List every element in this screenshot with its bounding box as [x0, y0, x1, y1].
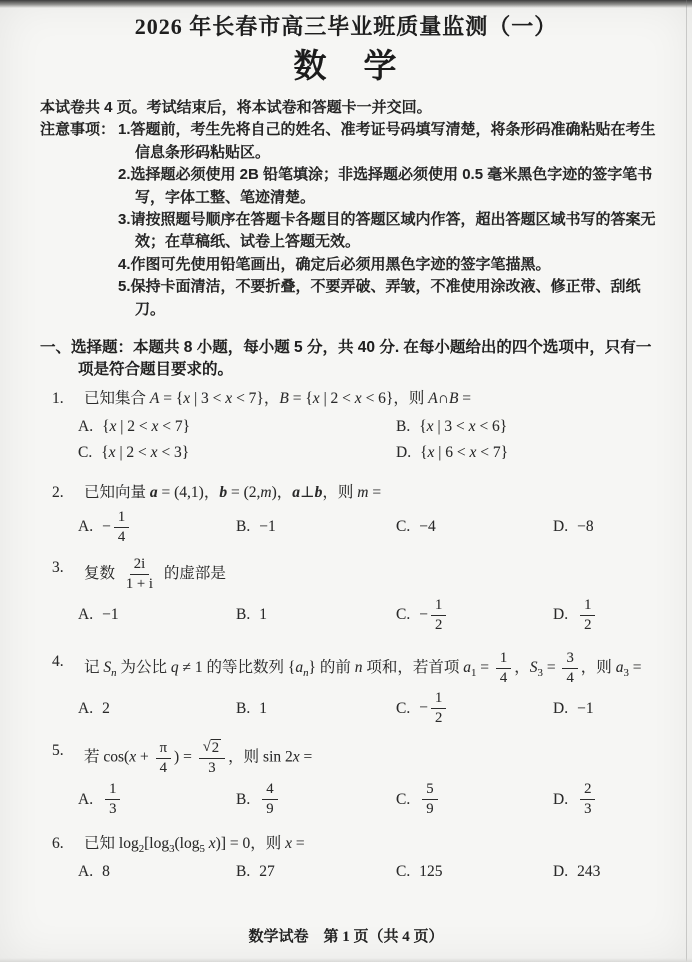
text-run: 为公比 — [117, 659, 171, 676]
text-run: −1 — [102, 606, 119, 623]
question-line: 1.已知集合 A = {x | 3 < x < 7}，B = {x | 2 < … — [52, 387, 672, 411]
question-number: 4. — [52, 650, 84, 674]
text-run: 若 — [84, 749, 103, 766]
fraction: 12 — [431, 690, 446, 727]
text-run: 复数 — [84, 565, 119, 582]
option-label: D. — [553, 860, 568, 884]
options: A.8B.27C.125D.243 — [78, 860, 672, 884]
text-run: )] = 0 — [216, 835, 251, 852]
option: B.49 — [236, 781, 396, 818]
denominator: 9 — [422, 800, 437, 818]
intro-text: 本试卷共 4 页。考试结束后，将本试卷和答题卡一并交回。 — [40, 97, 666, 119]
option-content: −8 — [577, 515, 594, 539]
text-run: x — [313, 390, 320, 407]
page-footer: 数学试卷 第 1 页（共 4 页） — [0, 925, 692, 946]
text-run: = — [368, 484, 381, 501]
text-run: { — [420, 444, 427, 461]
question: 4.记 Sn 为公比 q ≠ 1 的等比数列 {an} 的前 n 项和，若首项 … — [52, 650, 672, 728]
option-label: C. — [396, 860, 410, 884]
radical-sign: √ — [203, 739, 211, 756]
option-content: 23 — [577, 781, 598, 818]
option-content: 243 — [577, 860, 600, 884]
text-run: x — [293, 749, 300, 766]
option-content: −1 — [259, 515, 276, 539]
question-list: 1.已知集合 A = {x | 3 < x < 7}，B = {x | 2 < … — [52, 387, 672, 884]
question-number: 6. — [52, 832, 84, 856]
numerator: π — [156, 740, 171, 759]
text-run: A — [428, 390, 437, 407]
option-content: 125 — [419, 860, 442, 884]
option: B.27 — [236, 860, 396, 884]
text-run: < 7} — [158, 418, 190, 435]
options: A.13B.49C.59D.23 — [78, 781, 672, 818]
option-content: 2 — [102, 697, 110, 721]
text-run: x — [285, 835, 292, 852]
text-run: x — [151, 444, 158, 461]
text-run: 1 — [259, 606, 267, 623]
option: C.−12 — [396, 690, 553, 727]
numerator: 1 — [105, 781, 120, 800]
text-run: − — [419, 606, 428, 623]
scan-right-edge — [686, 0, 687, 962]
option-label: B. — [396, 415, 410, 439]
notice-items: 1.答题前，考生先将自己的姓名、准考证号码填写清楚，将条形码准确粘贴在考生信息条… — [118, 119, 666, 321]
notice-label: 注意事项： — [40, 119, 118, 321]
option: A.−14 — [78, 509, 236, 546]
text-run: S — [530, 659, 538, 676]
subject-title: 数 学 — [0, 45, 692, 89]
text-run: ， — [264, 390, 280, 407]
text-run: 3 — [566, 650, 573, 666]
text-run: { — [102, 418, 109, 435]
option-content: {x | 6 < x < 7} — [420, 441, 508, 465]
option-label: C. — [396, 603, 410, 627]
text-run: x — [209, 835, 216, 852]
text-run: ) = — [174, 749, 196, 766]
text-run: 3 — [584, 801, 591, 817]
option-content: 49 — [259, 781, 280, 818]
text-run: ，则 — [228, 749, 263, 766]
text-run: π — [160, 740, 167, 756]
text-run: −4 — [419, 518, 436, 535]
option-content: 59 — [419, 781, 440, 818]
text-run: S — [103, 659, 111, 676]
text-run: cos( — [103, 749, 129, 766]
question-stem: 若 cos(x + π4) = √23，则 sin 2x = — [84, 739, 672, 777]
option: D.{x | 6 < x < 7} — [396, 441, 672, 465]
text-run: 的等比数列 — [203, 659, 288, 676]
option-content: {x | 3 < x < 6} — [419, 415, 507, 439]
denominator: 3 — [204, 759, 219, 777]
denominator: 4 — [114, 528, 129, 546]
question-stem: 记 Sn 为公比 q ≠ 1 的等比数列 {an} 的前 n 项和，若首项 a1… — [84, 650, 672, 687]
text-run: b — [219, 484, 227, 501]
text-run: −1 — [577, 700, 594, 717]
text-run: ≠ 1 — [179, 659, 203, 676]
notice-item: 5.保持卡面清洁，不要折叠，不要弄破、弄皱，不准使用涂改液、修正带、刮纸刀。 — [118, 276, 666, 321]
fraction: 2i1 + i — [122, 556, 157, 593]
text-run: 2 — [584, 617, 591, 633]
option: D.12 — [553, 597, 672, 634]
question: 3.复数 2i1 + i 的虚部是A.−1B.1C.−12D.12 — [52, 556, 672, 634]
fraction: 12 — [431, 597, 446, 634]
text-run: = { — [159, 390, 183, 407]
text-run: | 3 < — [190, 390, 225, 407]
text-run: 4 — [500, 670, 507, 686]
text-run: = — [629, 659, 642, 676]
text-run: { — [101, 444, 108, 461]
text-run: 9 — [426, 801, 433, 817]
numerator: 1 — [580, 597, 595, 616]
text-run: B — [449, 390, 458, 407]
question: 1.已知集合 A = {x | 3 < x < 7}，B = {x | 2 < … — [52, 387, 672, 465]
option: A.2 — [78, 690, 236, 727]
text-run: 2 — [584, 781, 591, 797]
denominator: 1 + i — [122, 575, 157, 593]
question-stem: 已知集合 A = {x | 3 < x < 7}，B = {x | 2 < x … — [84, 387, 672, 411]
option-content: 13 — [102, 781, 123, 818]
text-run: } — [308, 659, 315, 676]
question-stem: 已知向量 a = (4,1)，b = (2,m)，a⊥b，则 m = — [84, 481, 672, 505]
notice-item: 4.作图可先使用铅笔画出，确定后必须用黑色字迹的签字笔描黑。 — [118, 254, 666, 276]
question: 5.若 cos(x + π4) = √23，则 sin 2x =A.13B.49… — [52, 739, 672, 818]
numerator: 1 — [496, 650, 511, 669]
text-run: | 6 < — [434, 444, 469, 461]
fraction: 14 — [496, 650, 511, 687]
question: 2.已知向量 a = (4,1)，b = (2,m)，a⊥b，则 m =A.−1… — [52, 481, 672, 546]
text-run: a — [463, 659, 471, 676]
text-run: 125 — [419, 863, 442, 880]
notice-block: 注意事项： 1.答题前，考生先将自己的姓名、准考证号码填写清楚，将条形码准确粘贴… — [40, 119, 666, 321]
option: D.−8 — [553, 509, 672, 546]
text-run: ⊥ — [300, 484, 315, 501]
text-run: m — [260, 484, 271, 501]
section-heading: 一、选择题：本题共 8 小题，每小题 5 分，共 40 分. 在每小题给出的四个… — [40, 337, 666, 381]
exam-page: 2026 年长春市高三毕业班质量监测（一） 数 学 本试卷共 4 页。考试结束后… — [0, 0, 692, 962]
option-label: A. — [78, 515, 93, 539]
text-run: 3 — [109, 801, 116, 817]
question-line: 2.已知向量 a = (4,1)，b = (2,m)，a⊥b，则 m = — [52, 481, 672, 505]
option: C.125 — [396, 860, 553, 884]
text-run: a — [295, 659, 303, 676]
text-run: 1 — [109, 781, 116, 797]
text-run: − — [102, 518, 111, 535]
numerator: 1 — [431, 597, 446, 616]
text-run: sin 2 — [263, 749, 293, 766]
options: A.−1B.1C.−12D.12 — [78, 597, 672, 634]
option: C.59 — [396, 781, 553, 818]
text-run: x — [427, 418, 434, 435]
option-content: −1 — [102, 603, 119, 627]
option-label: A. — [78, 603, 93, 627]
question-number: 1. — [52, 387, 84, 411]
text-run: 4 — [160, 760, 167, 776]
numerator: 1 — [114, 509, 129, 528]
question-line: 4.记 Sn 为公比 q ≠ 1 的等比数列 {an} 的前 n 项和，若首项 … — [52, 650, 672, 687]
option-content: 1 — [259, 603, 267, 627]
text-run: log — [119, 835, 139, 852]
text-run: | 2 < — [116, 444, 151, 461]
text-run: = { — [289, 390, 313, 407]
option: D.243 — [553, 860, 672, 884]
text-run: = — [458, 390, 471, 407]
denominator: 4 — [156, 759, 171, 777]
option-label: D. — [553, 697, 568, 721]
denominator: 4 — [562, 669, 577, 687]
option: A.8 — [78, 860, 236, 884]
numerator: 5 — [422, 781, 437, 800]
text-run: 5 — [426, 781, 433, 797]
option: A.{x | 2 < x < 7} — [78, 415, 396, 439]
text-run: 1 — [435, 597, 442, 613]
option: A.−1 — [78, 597, 236, 634]
option: D.23 — [553, 781, 672, 818]
denominator: 2 — [431, 616, 446, 634]
option: C.−12 — [396, 597, 553, 634]
text-run: 1 + i — [126, 576, 153, 592]
options: A.2B.1C.−12D.−1 — [78, 690, 672, 727]
text-run: x — [355, 390, 362, 407]
text-run: < 3} — [158, 444, 190, 461]
option-label: D. — [553, 788, 568, 812]
numerator: 2i — [130, 556, 149, 575]
scan-top-edge — [0, 0, 692, 8]
option-label: C. — [78, 441, 92, 465]
fraction: √23 — [199, 739, 225, 777]
text-run: x — [109, 444, 116, 461]
numerator: 2 — [580, 781, 595, 800]
option-label: D. — [553, 515, 568, 539]
text-run: 243 — [577, 863, 600, 880]
text-run: ，则 — [393, 390, 428, 407]
question-number: 5. — [52, 739, 84, 763]
text-run: ， — [277, 484, 293, 501]
text-run: − — [419, 699, 428, 716]
text-run: 1 — [118, 509, 125, 525]
options: A.−14B.−1C.−4D.−8 — [78, 509, 672, 546]
notice-item: 1.答题前，考生先将自己的姓名、准考证号码填写清楚，将条形码准确粘贴在考生信息条… — [118, 119, 666, 164]
option-label: B. — [236, 697, 250, 721]
text-run: 记 — [84, 659, 103, 676]
text-run: 1 — [584, 597, 591, 613]
question-stem: 已知 log2[log3(log5 x)] = 0，则 x = — [84, 832, 672, 856]
option-label: D. — [553, 603, 568, 627]
text-run: ，则 — [322, 484, 357, 501]
text-run: < 6} — [476, 418, 508, 435]
fraction: 59 — [422, 781, 437, 818]
option: B.1 — [236, 597, 396, 634]
text-run: 4 — [118, 529, 125, 545]
text-run: 已知向量 — [84, 484, 150, 501]
text-run: 2 — [435, 617, 442, 633]
text-run: + — [136, 749, 153, 766]
option-label: C. — [396, 788, 410, 812]
option-label: C. — [396, 515, 410, 539]
option-content: −12 — [419, 597, 449, 634]
option-content: −12 — [419, 690, 449, 727]
option-label: A. — [78, 697, 93, 721]
text-run: 2 — [435, 710, 442, 726]
denominator: 2 — [580, 616, 595, 634]
text-run: 27 — [259, 863, 275, 880]
text-run: 8 — [102, 863, 110, 880]
text-run: < 7} — [476, 444, 508, 461]
text-run: ， — [204, 484, 220, 501]
notice-item: 2.选择题必须使用 2B 铅笔填涂；非选择题必须使用 0.5 毫米黑色字迹的签字… — [118, 164, 666, 209]
text-run: 项和，若首项 — [362, 659, 463, 676]
text-run: q — [171, 659, 179, 676]
text-run: A — [150, 390, 159, 407]
option-label: D. — [396, 441, 411, 465]
text-run: −1 — [259, 518, 276, 535]
fraction: 12 — [580, 597, 595, 634]
option-label: C. — [396, 697, 410, 721]
question-line: 3.复数 2i1 + i 的虚部是 — [52, 556, 672, 593]
scan-bottom-edge — [0, 958, 692, 962]
text-run: 已知 — [84, 835, 119, 852]
option: B.{x | 3 < x < 6} — [396, 415, 672, 439]
denominator: 4 — [496, 669, 511, 687]
text-run: ∩ — [438, 390, 449, 407]
option-label: B. — [236, 515, 250, 539]
radicand: 2 — [211, 739, 221, 757]
text-run: 3 — [208, 760, 215, 776]
text-run: a — [292, 484, 300, 501]
text-run: = — [476, 659, 493, 676]
option-label: A. — [78, 860, 93, 884]
text-run: { — [419, 418, 426, 435]
option-content: 1 — [259, 697, 267, 721]
numerator: √2 — [199, 739, 225, 759]
question-line: 6.已知 log2[log3(log5 x)] = 0，则 x = — [52, 832, 672, 856]
text-run: = — [292, 835, 305, 852]
question-number: 2. — [52, 481, 84, 505]
text-run: 9 — [266, 801, 273, 817]
option-label: B. — [236, 860, 250, 884]
numerator: 1 — [431, 690, 446, 709]
fraction: 34 — [562, 650, 577, 687]
denominator: 2 — [431, 709, 446, 727]
text-run: 2i — [134, 556, 145, 572]
text-run: 已知集合 — [84, 390, 150, 407]
text-run: m — [357, 484, 368, 501]
option-content: −4 — [419, 515, 436, 539]
fraction: 23 — [580, 781, 595, 818]
question-stem: 复数 2i1 + i 的虚部是 — [84, 556, 672, 593]
text-run: < 7} — [232, 390, 264, 407]
text-run: 4 — [266, 781, 273, 797]
option-label: B. — [236, 603, 250, 627]
text-run: −8 — [577, 518, 594, 535]
text-run: (log — [175, 835, 200, 852]
notice-item: 3.请按照题号顺序在答题卡各题目的答题区域内作答，超出答题区域书写的答案无效；在… — [118, 209, 666, 254]
option: B.−1 — [236, 509, 396, 546]
text-run: [log — [144, 835, 169, 852]
text-run: x — [469, 418, 476, 435]
text-run: < 6} — [362, 390, 394, 407]
text-run: ，则 — [581, 659, 616, 676]
question-number: 3. — [52, 556, 84, 580]
option-content: −1 — [577, 697, 594, 721]
fraction: 13 — [105, 781, 120, 818]
question-line: 5.若 cos(x + π4) = √23，则 sin 2x = — [52, 739, 672, 777]
option-content: 8 — [102, 860, 110, 884]
text-run: 的虚部是 — [160, 565, 226, 582]
option: C.{x | 2 < x < 3} — [78, 441, 396, 465]
text-run: | 3 < — [434, 418, 469, 435]
options: A.{x | 2 < x < 7}B.{x | 3 < x < 6}C.{x |… — [78, 415, 672, 465]
text-run: = — [543, 659, 560, 676]
text-run: | 2 < — [320, 390, 355, 407]
fraction: π4 — [156, 740, 171, 777]
option-label: A. — [78, 788, 93, 812]
text-run: = (4,1) — [158, 484, 204, 501]
text-run: = (2, — [227, 484, 260, 501]
text-run: 1 — [500, 650, 507, 666]
fraction: 14 — [114, 509, 129, 546]
text-run: = — [300, 749, 313, 766]
denominator: 9 — [262, 800, 277, 818]
fraction: 49 — [262, 781, 277, 818]
text-run: 2 — [102, 700, 110, 717]
option-content: 27 — [259, 860, 275, 884]
option-content: {x | 2 < x < 3} — [101, 441, 189, 465]
page-title: 2026 年长春市高三毕业班质量监测（一） — [30, 12, 662, 42]
option-content: {x | 2 < x < 7} — [102, 415, 190, 439]
numerator: 4 — [262, 781, 277, 800]
option: B.1 — [236, 690, 396, 727]
option: C.−4 — [396, 509, 553, 546]
option-label: A. — [78, 415, 93, 439]
text-run: 4 — [566, 670, 573, 686]
option-content: −14 — [102, 509, 132, 546]
denominator: 3 — [105, 800, 120, 818]
text-run: 1 — [259, 700, 267, 717]
denominator: 3 — [580, 800, 595, 818]
text-run: ，则 — [250, 835, 285, 852]
option-label: B. — [236, 788, 250, 812]
text-run: B — [279, 390, 288, 407]
text-run: a — [150, 484, 158, 501]
text-run: 的前 — [316, 659, 355, 676]
text-run: | 2 < — [116, 418, 151, 435]
question: 6.已知 log2[log3(log5 x)] = 0，则 x =A.8B.27… — [52, 832, 672, 884]
text-run: ， — [514, 659, 530, 676]
option: D.−1 — [553, 690, 672, 727]
option-content: 12 — [577, 597, 598, 634]
numerator: 3 — [562, 650, 577, 669]
text-run: 1 — [435, 690, 442, 706]
option: A.13 — [78, 781, 236, 818]
square-root: √2 — [203, 739, 221, 757]
